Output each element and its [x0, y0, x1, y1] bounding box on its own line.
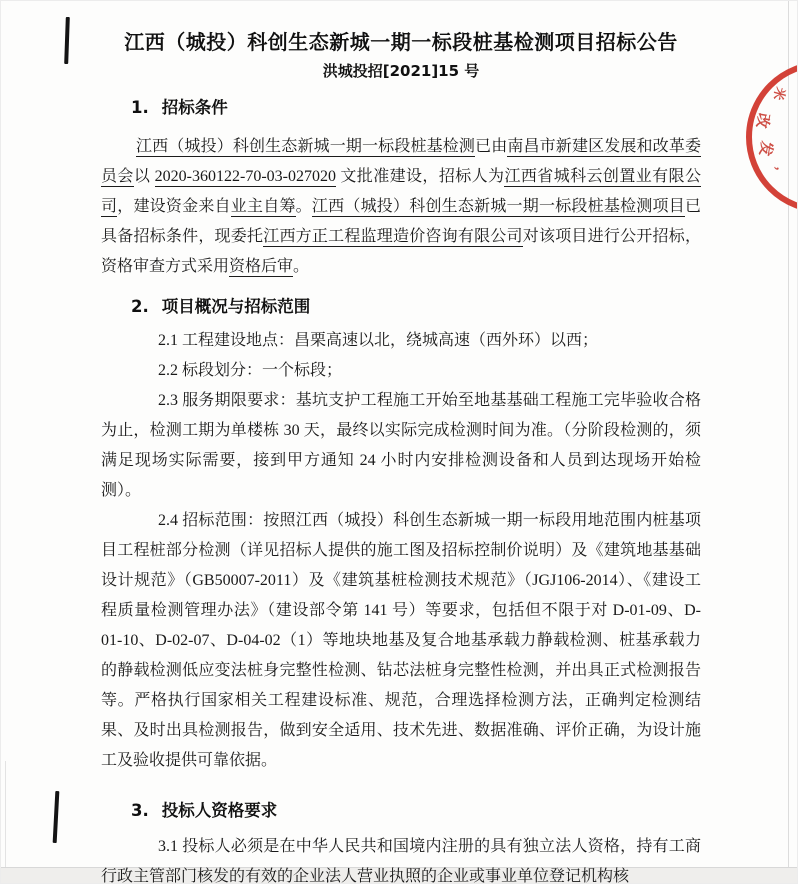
section-2-heading: 2.项目概况与招标范围 — [131, 296, 701, 318]
page-edge-left — [5, 761, 6, 868]
document-content: 江西（城投）科创生态新城一期一标段桩基检测项目招标公告 洪城投招[2021]15… — [101, 29, 701, 884]
text-segment: 文批准建设，招标人为 — [336, 168, 505, 185]
heading-label: 项目概况与招标范围 — [162, 297, 311, 316]
section-1-heading: 1.招标条件 — [131, 97, 701, 119]
approval-seal-ring — [746, 61, 798, 213]
seal-glyph: ， — [772, 166, 787, 181]
paragraph-2-1-location: 2.1 工程建设地点：昌栗高速以北，绕城高速（西外环）以西； — [101, 326, 701, 356]
text-segment: 以 — [134, 168, 155, 185]
underlined-segment: 江西方正工程监理造价咨询有限公司 — [263, 228, 523, 247]
paragraph-2-3-service-period: 2.3 服务期限要求：基坑支护工程施工开始至地基基础工程施工完毕验收合格为止，检… — [101, 386, 701, 506]
underlined-segment: 2020-360122-70-03-027020 — [155, 168, 336, 187]
scan-artifact-top-mark — [64, 17, 70, 64]
scan-artifact-bottom-mark — [53, 791, 60, 843]
underlined-segment: 江西（城投）科创生态新城一期一标段桩基检测项目 — [312, 198, 685, 217]
text-segment: ，建设资金来自 — [117, 198, 231, 215]
document-number: 洪城投招[2021]15 号 — [101, 61, 701, 81]
heading-number: 3. — [131, 800, 149, 822]
paragraph-3-1-bidder-qualification: 3.1 投标人必须是在中华人民共和国境内注册的具有独立法人资格，持有工商行政主管… — [101, 832, 701, 884]
text-segment: 。 — [296, 198, 312, 215]
document-title: 江西（城投）科创生态新城一期一标段桩基检测项目招标公告 — [101, 29, 701, 55]
seal-glyph: 发 — [757, 140, 774, 157]
heading-label: 投标人资格要求 — [162, 801, 278, 820]
heading-number: 1. — [131, 97, 149, 119]
underlined-segment: 业主自筹 — [231, 198, 296, 217]
document-page: 米 改 发 ， 江西（城投）科创生态新城一期一标段桩基检测项目招标公告 洪城投招… — [0, 0, 798, 884]
paragraph-2-4-tender-scope: 2.4 招标范围：按照江西（城投）科创生态新城一期一标段用地范围内桩基项目工程桩… — [101, 506, 701, 776]
underlined-segment: 江西（城投）科创生态新城一期一标段桩基检测 — [136, 138, 475, 157]
heading-number: 2. — [131, 296, 149, 318]
underlined-segment: 资格后审 — [229, 258, 293, 277]
text-segment: 。 — [293, 258, 309, 275]
seal-glyph: 改 — [754, 112, 771, 129]
heading-label: 招标条件 — [162, 98, 228, 117]
section-3-heading: 3.投标人资格要求 — [131, 800, 701, 822]
paragraph-2-2-sections: 2.2 标段划分：一个标段； — [101, 356, 701, 386]
text-segment: 已由 — [475, 138, 507, 155]
paragraph-tender-conditions: 江西（城投）科创生态新城一期一标段桩基检测已由南昌市新建区发展和改革委员会以 2… — [101, 132, 701, 282]
